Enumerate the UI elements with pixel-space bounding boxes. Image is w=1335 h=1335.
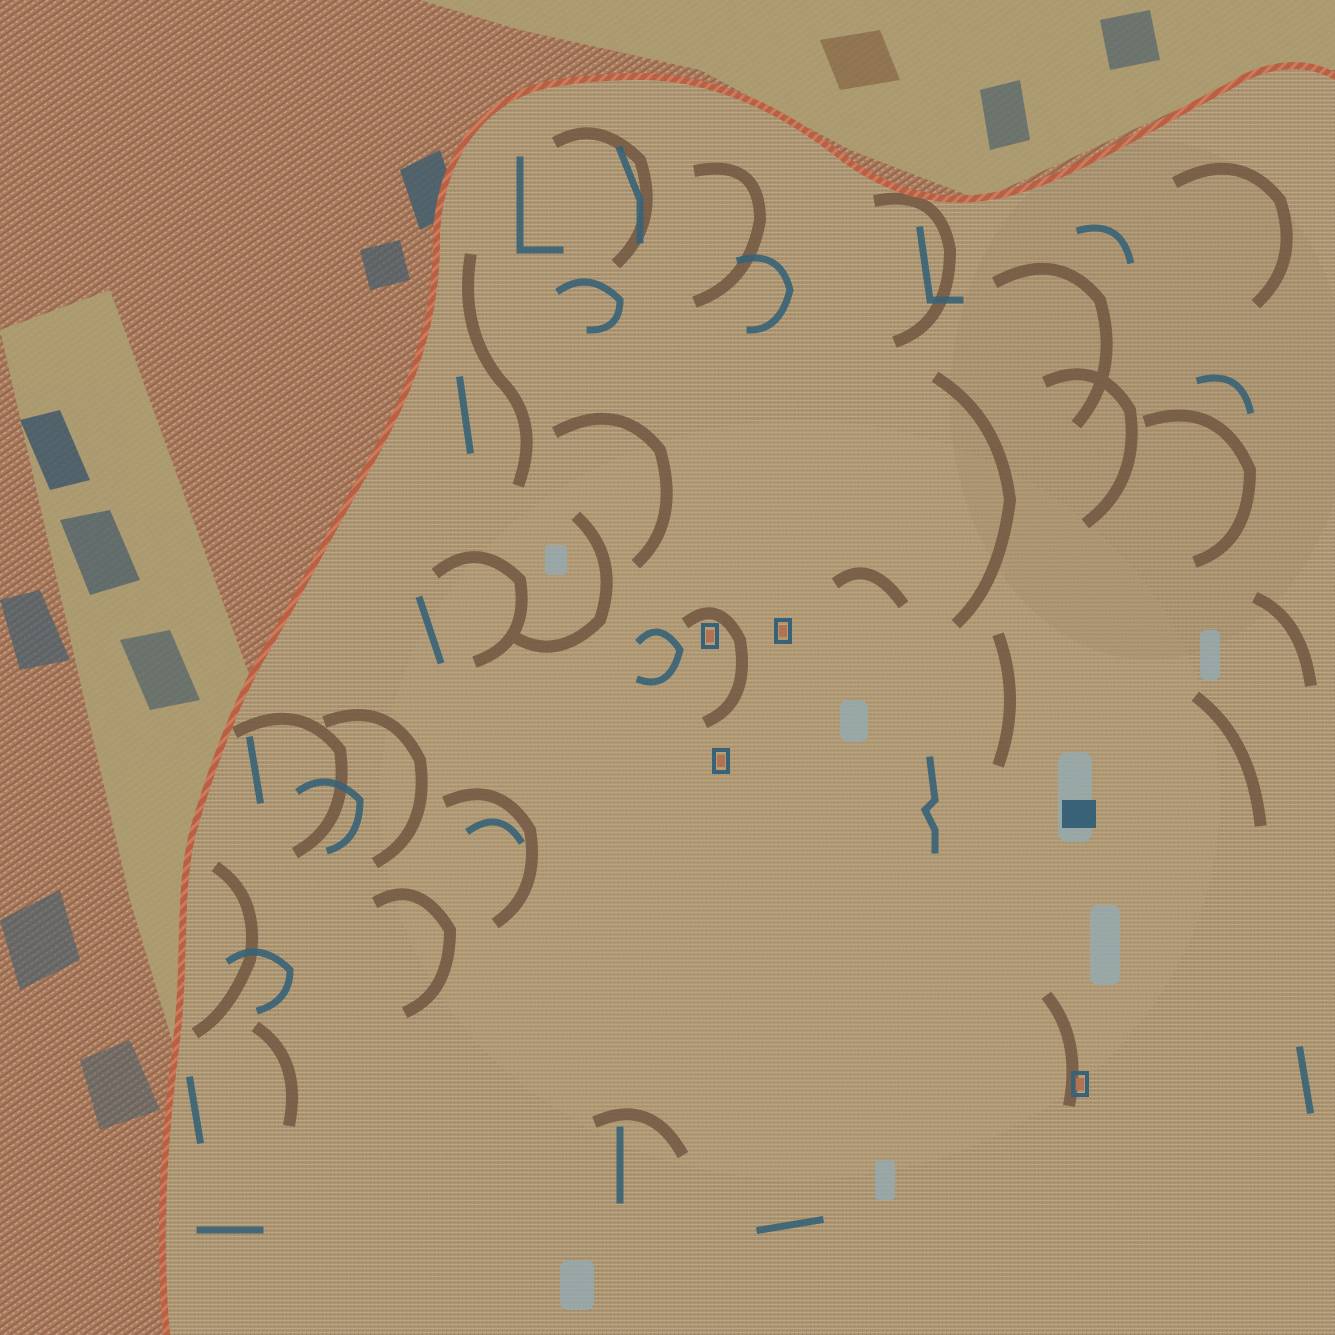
fabric-grain-overlay (0, 0, 1335, 1335)
rug-photograph (0, 0, 1335, 1335)
rug-texture-illustration (0, 0, 1335, 1335)
